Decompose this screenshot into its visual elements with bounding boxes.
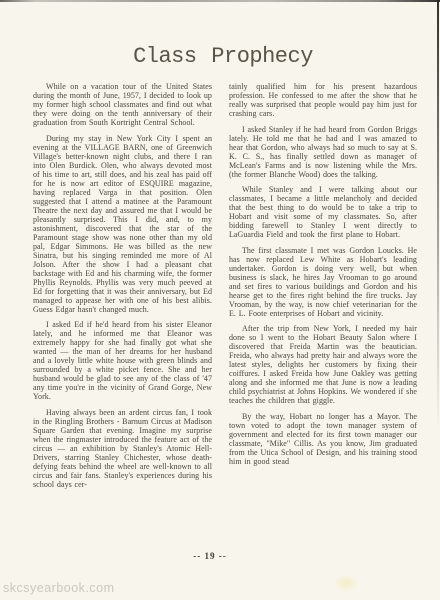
- scan-top-edge: [0, 0, 440, 2]
- prophecy-paragraph: The first classmate I met was Gordon Lou…: [229, 246, 417, 318]
- prophecy-paragraph: I asked Ed if he'd heard from his sister…: [33, 320, 212, 401]
- prophecy-paragraph: After the trip from New York, I needed m…: [229, 324, 417, 405]
- two-column-text-block: While on a vacation tour of the United S…: [33, 82, 417, 495]
- page-number: -- 19 --: [0, 551, 420, 561]
- prophecy-paragraph: tainly qualified him for his present haz…: [229, 82, 417, 118]
- prophecy-paragraph: During my stay in New York City I spent …: [33, 134, 212, 314]
- page-title: Class Prophecy: [30, 44, 416, 69]
- prophecy-paragraph: While on a vacation tour of the United S…: [33, 82, 212, 127]
- prophecy-paragraph: While Stanley and I were talking about o…: [229, 185, 417, 239]
- prophecy-paragraph: By the way, Hobart no longer has a Mayor…: [229, 412, 417, 466]
- paper-stain: [333, 574, 359, 592]
- left-text-column: While on a vacation tour of the United S…: [33, 82, 212, 495]
- prophecy-paragraph: I asked Stanley if he had heard from Gor…: [229, 125, 417, 179]
- right-text-column: tainly qualified him for his present haz…: [229, 82, 417, 495]
- watermark-text: skcsyearbook.com: [3, 581, 115, 595]
- yearbook-scanned-page: Class Prophecy While on a vacation tour …: [0, 0, 440, 600]
- scan-right-edge-shadow: [437, 0, 439, 430]
- prophecy-paragraph: Having always been an ardent circus fan,…: [33, 408, 212, 489]
